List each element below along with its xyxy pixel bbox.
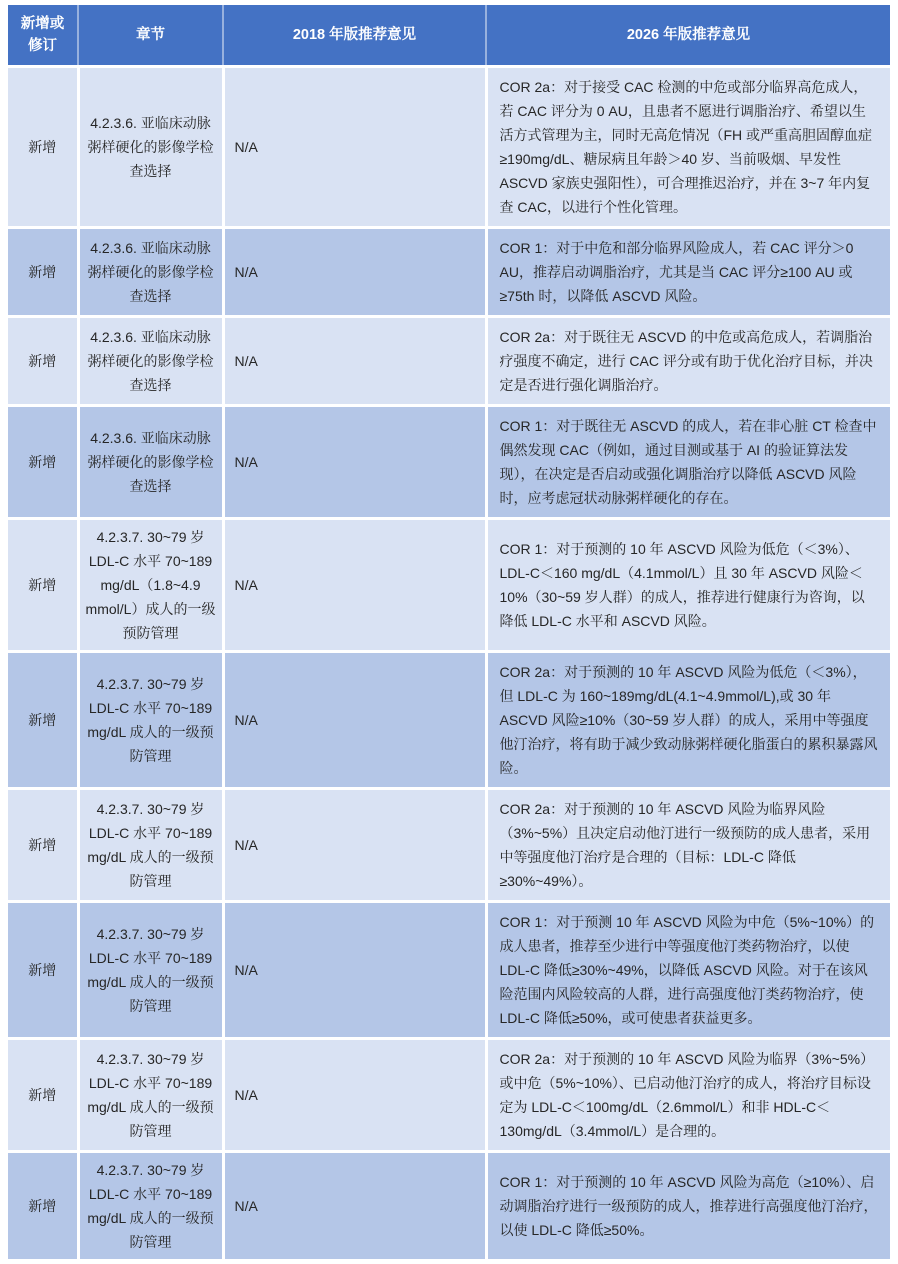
table-row: 新增4.2.3.7. 30~79 岁 LDL-C 水平 70~189 mg/dL… (8, 519, 890, 652)
rec-2026-cell: COR 1：对于预测的 10 年 ASCVD 风险为高危（≥10%）、启动调脂治… (486, 1152, 890, 1260)
status-cell: 新增 (8, 652, 78, 789)
table-row: 新增4.2.3.6. 亚临床动脉粥样硬化的影像学检查选择N/ACOR 1：对于中… (8, 228, 890, 317)
rec-2026-cell: COR 2a：对于预测的 10 年 ASCVD 风险为临界（3%~5%）或中危（… (486, 1039, 890, 1152)
rec-2018-cell: N/A (223, 519, 486, 652)
document-page: 新增或修订 章节 2018 年版推荐意见 2026 年版推荐意见 新增4.2.3… (0, 0, 898, 1264)
chapter-cell: 4.2.3.7. 30~79 岁 LDL-C 水平 70~189 mg/dL（1… (78, 519, 223, 652)
chapter-cell: 4.2.3.7. 30~79 岁 LDL-C 水平 70~189 mg/dL 成… (78, 1039, 223, 1152)
rec-2026-cell: COR 2a：对于既往无 ASCVD 的中危或高危成人，若调脂治疗强度不确定，进… (486, 317, 890, 406)
chapter-cell: 4.2.3.7. 30~79 岁 LDL-C 水平 70~189 mg/dL 成… (78, 789, 223, 902)
table-row: 新增4.2.3.6. 亚临床动脉粥样硬化的影像学检查选择N/ACOR 2a：对于… (8, 67, 890, 228)
chapter-cell: 4.2.3.6. 亚临床动脉粥样硬化的影像学检查选择 (78, 228, 223, 317)
status-cell: 新增 (8, 228, 78, 317)
status-cell: 新增 (8, 406, 78, 519)
table-header-row: 新增或修订 章节 2018 年版推荐意见 2026 年版推荐意见 (8, 5, 890, 67)
table-row: 新增4.2.3.7. 30~79 岁 LDL-C 水平 70~189 mg/dL… (8, 789, 890, 902)
col-header-status: 新增或修订 (8, 5, 78, 67)
status-cell: 新增 (8, 67, 78, 228)
rec-2026-cell: COR 1：对于既往无 ASCVD 的成人，若在非心脏 CT 检查中偶然发现 C… (486, 406, 890, 519)
rec-2018-cell: N/A (223, 1152, 486, 1260)
rec-2026-cell: COR 1：对于预测 10 年 ASCVD 风险为中危（5%~10%）的成人患者… (486, 902, 890, 1039)
status-cell: 新增 (8, 317, 78, 406)
chapter-cell: 4.2.3.7. 30~79 岁 LDL-C 水平 70~189 mg/dL 成… (78, 902, 223, 1039)
rec-2026-cell: COR 1：对于中危和部分临界风险成人，若 CAC 评分＞0 AU，推荐启动调脂… (486, 228, 890, 317)
col-header-chapter: 章节 (78, 5, 223, 67)
rec-2026-cell: COR 2a：对于接受 CAC 检测的中危或部分临界高危成人，若 CAC 评分为… (486, 67, 890, 228)
table-body: 新增4.2.3.6. 亚临床动脉粥样硬化的影像学检查选择N/ACOR 2a：对于… (8, 67, 890, 1260)
rec-2018-cell: N/A (223, 67, 486, 228)
status-cell: 新增 (8, 902, 78, 1039)
status-cell: 新增 (8, 789, 78, 902)
rec-2018-cell: N/A (223, 228, 486, 317)
table-row: 新增4.2.3.6. 亚临床动脉粥样硬化的影像学检查选择N/ACOR 2a：对于… (8, 317, 890, 406)
rec-2018-cell: N/A (223, 902, 486, 1039)
chapter-cell: 4.2.3.7. 30~79 岁 LDL-C 水平 70~189 mg/dL 成… (78, 1152, 223, 1260)
col-header-2018: 2018 年版推荐意见 (223, 5, 486, 67)
table-row: 新增4.2.3.7. 30~79 岁 LDL-C 水平 70~189 mg/dL… (8, 652, 890, 789)
rec-2018-cell: N/A (223, 406, 486, 519)
table-row: 新增4.2.3.7. 30~79 岁 LDL-C 水平 70~189 mg/dL… (8, 1039, 890, 1152)
rec-2026-cell: COR 2a：对于预测的 10 年 ASCVD 风险为低危（＜3%），但 LDL… (486, 652, 890, 789)
rec-2026-cell: COR 2a：对于预测的 10 年 ASCVD 风险为临界风险（3%~5%）且决… (486, 789, 890, 902)
rec-2018-cell: N/A (223, 1039, 486, 1152)
col-header-2026: 2026 年版推荐意见 (486, 5, 890, 67)
rec-2018-cell: N/A (223, 789, 486, 902)
guideline-comparison-table: 新增或修订 章节 2018 年版推荐意见 2026 年版推荐意见 新增4.2.3… (8, 5, 890, 1259)
chapter-cell: 4.2.3.6. 亚临床动脉粥样硬化的影像学检查选择 (78, 317, 223, 406)
table-row: 新增4.2.3.7. 30~79 岁 LDL-C 水平 70~189 mg/dL… (8, 1152, 890, 1260)
status-cell: 新增 (8, 1152, 78, 1260)
rec-2026-cell: COR 1：对于预测的 10 年 ASCVD 风险为低危（＜3%）、LDL-C＜… (486, 519, 890, 652)
status-cell: 新增 (8, 519, 78, 652)
chapter-cell: 4.2.3.6. 亚临床动脉粥样硬化的影像学检查选择 (78, 67, 223, 228)
chapter-cell: 4.2.3.7. 30~79 岁 LDL-C 水平 70~189 mg/dL 成… (78, 652, 223, 789)
chapter-cell: 4.2.3.6. 亚临床动脉粥样硬化的影像学检查选择 (78, 406, 223, 519)
table-row: 新增4.2.3.7. 30~79 岁 LDL-C 水平 70~189 mg/dL… (8, 902, 890, 1039)
rec-2018-cell: N/A (223, 317, 486, 406)
rec-2018-cell: N/A (223, 652, 486, 789)
status-cell: 新增 (8, 1039, 78, 1152)
table-row: 新增4.2.3.6. 亚临床动脉粥样硬化的影像学检查选择N/ACOR 1：对于既… (8, 406, 890, 519)
